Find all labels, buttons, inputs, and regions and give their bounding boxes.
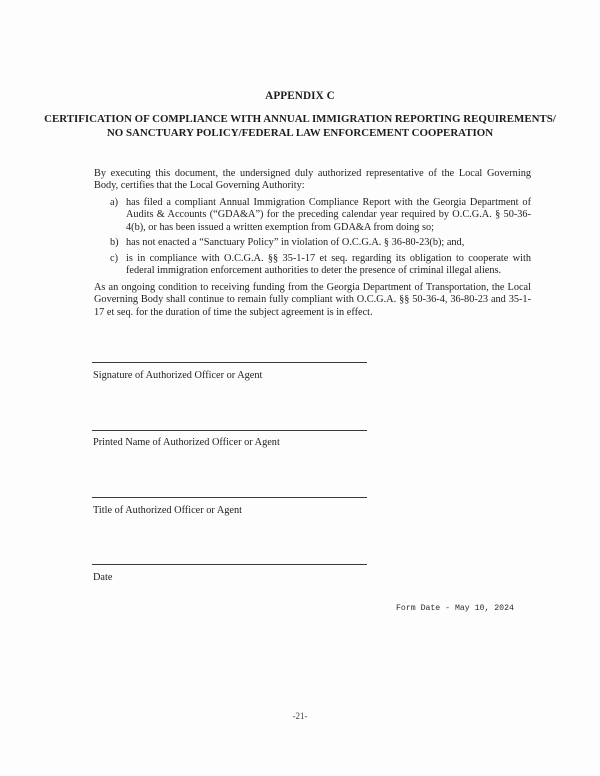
date-label: Date (93, 572, 112, 583)
list-item-text: is in compliance with O.C.G.A. §§ 35-1-1… (126, 253, 531, 278)
date-line[interactable] (92, 564, 367, 565)
list-item-text: has filed a compliant Annual Immigration… (126, 197, 531, 234)
signature-label: Signature of Authorized Officer or Agent (93, 370, 262, 381)
printed-name-line[interactable] (92, 430, 367, 431)
list-item-b: b) has not enacted a “Sanctuary Policy” … (110, 237, 531, 249)
title-label: Title of Authorized Officer or Agent (93, 505, 242, 516)
title-line[interactable] (92, 497, 367, 498)
form-date: Form Date - May 10, 2024 (396, 604, 514, 613)
signature-line[interactable] (92, 362, 367, 363)
ongoing-condition-paragraph: As an ongoing condition to receiving fun… (94, 282, 531, 319)
title-line-2: NO SANCTUARY POLICY/FEDERAL LAW ENFORCEM… (40, 127, 560, 141)
title-line-1: CERTIFICATION OF COMPLIANCE WITH ANNUAL … (40, 113, 560, 127)
intro-paragraph: By executing this document, the undersig… (94, 168, 531, 193)
list-marker: c) (110, 253, 124, 265)
appendix-heading: APPENDIX C (0, 90, 600, 102)
list-item-text: has not enacted a “Sanctuary Policy” in … (126, 237, 531, 249)
document-page: APPENDIX C CERTIFICATION OF COMPLIANCE W… (0, 0, 600, 776)
printed-name-label: Printed Name of Authorized Officer or Ag… (93, 437, 280, 448)
document-title: CERTIFICATION OF COMPLIANCE WITH ANNUAL … (40, 113, 560, 140)
list-item-c: c) is in compliance with O.C.G.A. §§ 35-… (110, 253, 531, 278)
list-item-a: a) has filed a compliant Annual Immigrat… (110, 197, 531, 234)
page-number: -21- (0, 711, 600, 721)
list-marker: a) (110, 197, 124, 209)
list-marker: b) (110, 237, 124, 249)
